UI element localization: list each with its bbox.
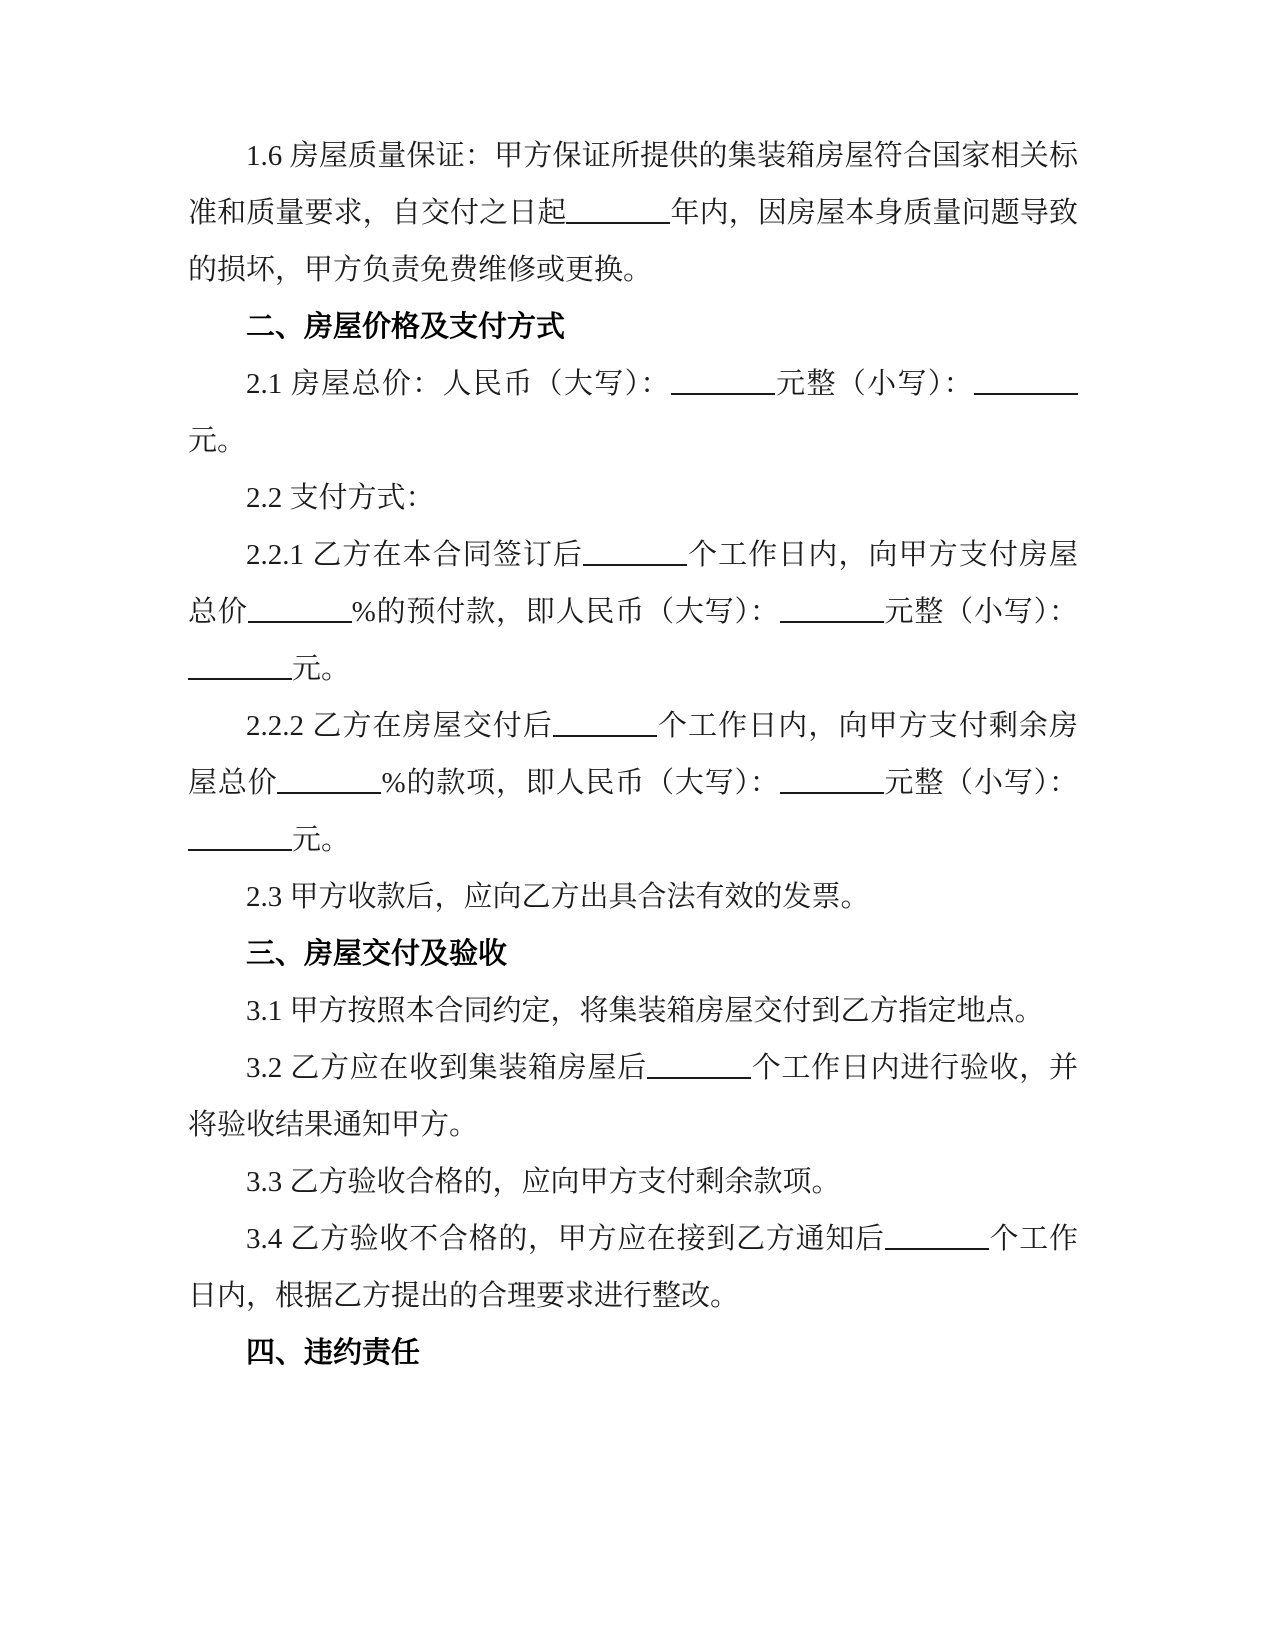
fill-in-blank xyxy=(885,1219,989,1250)
fill-in-blank xyxy=(277,763,381,794)
fill-in-blank xyxy=(553,706,657,737)
fill-in-blank xyxy=(671,364,775,395)
fill-in-blank xyxy=(583,535,687,566)
paragraph: 2.2.2 乙方在房屋交付后个工作日内，向甲方支付剩余房屋总价%的款项，即人民币… xyxy=(188,698,1078,869)
fill-in-blank xyxy=(248,592,352,623)
fill-in-blank xyxy=(188,820,292,851)
fill-in-blank xyxy=(780,763,884,794)
fill-in-blank xyxy=(188,649,292,680)
paragraph: 3.3 乙方验收合格的，应向甲方支付剩余款项。 xyxy=(188,1154,1078,1211)
paragraph: 3.4 乙方验收不合格的，甲方应在接到乙方通知后个工作日内，根据乙方提出的合理要… xyxy=(188,1211,1078,1325)
section-heading: 四、违约责任 xyxy=(188,1325,1078,1382)
section-heading: 二、房屋价格及支付方式 xyxy=(188,299,1078,356)
fill-in-blank xyxy=(566,193,670,224)
fill-in-blank xyxy=(780,592,884,623)
section-heading: 三、房屋交付及验收 xyxy=(188,926,1078,983)
paragraph: 2.1 房屋总价：人民币（大写）：元整（小写）：元。 xyxy=(188,356,1078,470)
fill-in-blank xyxy=(974,364,1078,395)
paragraph: 2.2 支付方式： xyxy=(188,470,1078,527)
paragraph: 1.6 房屋质量保证：甲方保证所提供的集装箱房屋符合国家相关标准和质量要求，自交… xyxy=(188,128,1078,299)
paragraph: 2.2.1 乙方在本合同签订后个工作日内，向甲方支付房屋总价%的预付款，即人民币… xyxy=(188,527,1078,698)
document-body: 1.6 房屋质量保证：甲方保证所提供的集装箱房屋符合国家相关标准和质量要求，自交… xyxy=(188,128,1078,1382)
paragraph: 3.1 甲方按照本合同约定，将集装箱房屋交付到乙方指定地点。 xyxy=(188,983,1078,1040)
fill-in-blank xyxy=(647,1048,751,1079)
contract-page: 1.6 房屋质量保证：甲方保证所提供的集装箱房屋符合国家相关标准和质量要求，自交… xyxy=(0,0,1275,1650)
paragraph: 3.2 乙方应在收到集装箱房屋后个工作日内进行验收，并将验收结果通知甲方。 xyxy=(188,1040,1078,1154)
paragraph: 2.3 甲方收款后，应向乙方出具合法有效的发票。 xyxy=(188,869,1078,926)
